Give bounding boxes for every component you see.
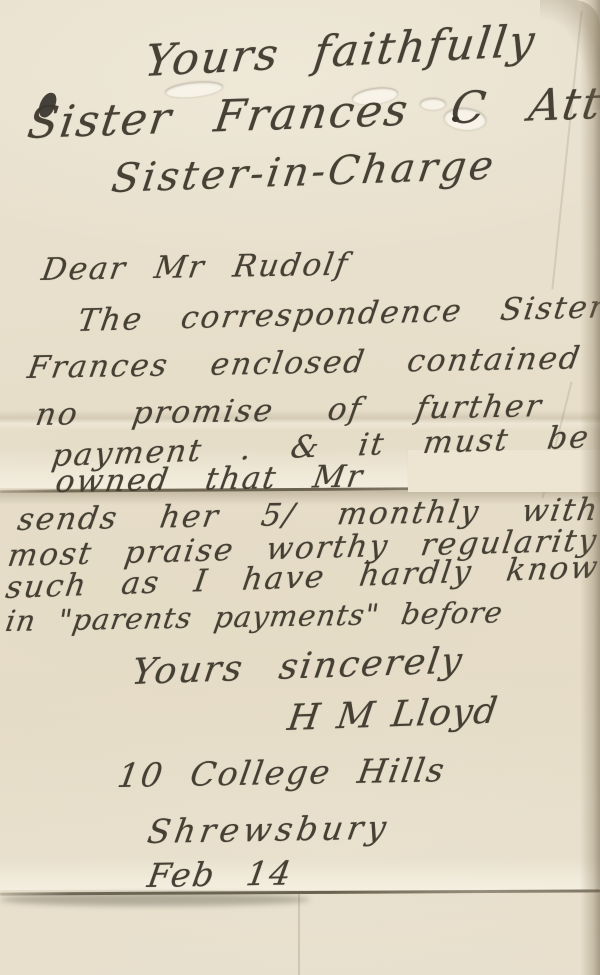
address-line: Shrewsbury — [145, 808, 393, 851]
address-line: 10 College Hills — [115, 750, 449, 795]
body-line: owned that Mr — [53, 459, 367, 500]
top-role: Sister-in-Charge — [109, 143, 499, 202]
top-signature: Sister Frances C Att — [24, 78, 600, 149]
top-valediction: Yours faithfully — [142, 16, 539, 87]
date-line: Feb 14 — [145, 853, 296, 895]
page-edge-shadow — [580, 0, 600, 975]
page-corner-shadow — [540, 0, 600, 110]
vertical-crease — [298, 893, 300, 975]
fold-smudge — [0, 893, 310, 906]
body-line: The correspondence Sister — [75, 289, 600, 339]
fold-highlight — [0, 858, 600, 890]
closing-signature: H M Lloyd — [285, 691, 501, 739]
closing-valediction: Yours sincerely — [129, 641, 466, 693]
salutation: Dear Mr Rudolf — [39, 247, 352, 288]
body-line: Frances enclosed contained — [25, 340, 584, 386]
letter-page: Yours faithfully Sister Frances C Att Si… — [0, 0, 600, 975]
